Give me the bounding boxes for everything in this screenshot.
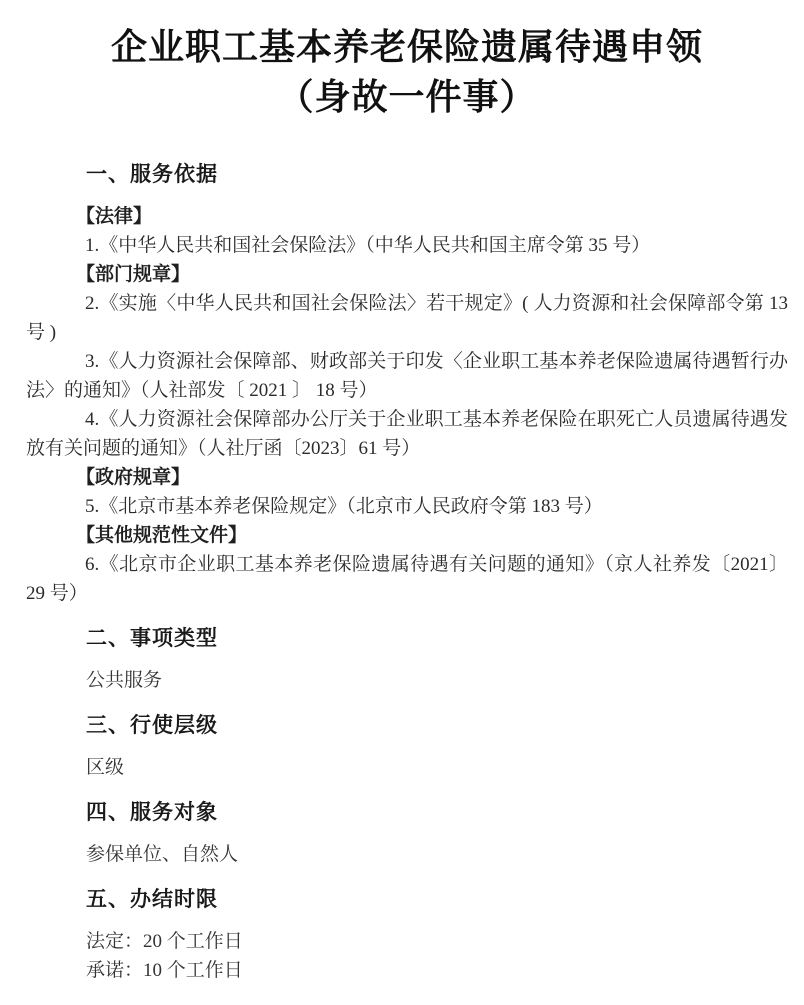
heading-completion-time: 五、办结时限 [86, 887, 788, 913]
legal-item-4: 4.《人力资源社会保障部办公厅关于企业职工基本养老保险在职死亡人员遗属待遇发放有… [26, 405, 788, 463]
section-service-basis: 一、服务依据 【法律】 1.《中华人民共和国社会保险法》（中华人民共和国主席令第… [26, 162, 788, 608]
statutory-time-limit-value: 法定：20 个工作日 [86, 927, 788, 956]
legal-item-3: 3.《人力资源社会保障部、财政部关于印发〈企业职工基本养老保险遗属待遇暂行办法〉… [26, 347, 788, 405]
section-completion-time: 五、办结时限 法定：20 个工作日 承诺：10 个工作日 [26, 887, 788, 985]
heading-service-basis: 一、服务依据 [86, 162, 788, 188]
category-label-department-rules: 【部门规章】 [76, 260, 788, 289]
heading-service-object: 四、服务对象 [86, 800, 788, 826]
promised-time-limit-value: 承诺：10 个工作日 [86, 956, 788, 985]
document-page: { "title": { "line1": "企业职工基本养老保险遗属待遇申领"… [0, 0, 804, 1005]
category-label-other-normative-documents: 【其他规范性文件】 [76, 521, 788, 550]
document-title: 企业职工基本养老保险遗属待遇申领 （身故一件事） [26, 22, 788, 122]
legal-item-1: 1.《中华人民共和国社会保险法》（中华人民共和国主席令第 35 号） [26, 231, 788, 260]
document-title-line2: （身故一件事） [26, 72, 788, 122]
service-object-value: 参保单位、自然人 [86, 840, 788, 869]
legal-item-6: 6.《北京市企业职工基本养老保险遗属待遇有关问题的通知》（京人社养发〔2021〕… [26, 550, 788, 608]
category-label-government-rules: 【政府规章】 [76, 463, 788, 492]
section-service-object: 四、服务对象 参保单位、自然人 [26, 800, 788, 869]
legal-item-2: 2.《实施〈中华人民共和国社会保险法〉若干规定》( 人力资源和社会保障部令第 1… [26, 289, 788, 347]
exercise-level-value: 区级 [86, 753, 788, 782]
category-label-law: 【法律】 [76, 202, 788, 231]
document-title-line1: 企业职工基本养老保险遗属待遇申领 [26, 22, 788, 72]
section-exercise-level: 三、行使层级 区级 [26, 713, 788, 782]
heading-item-type: 二、事项类型 [86, 626, 788, 652]
section-item-type: 二、事项类型 公共服务 [26, 626, 788, 695]
service-basis-body: 【法律】 1.《中华人民共和国社会保险法》（中华人民共和国主席令第 35 号） … [26, 202, 788, 608]
item-type-value: 公共服务 [86, 666, 788, 695]
legal-item-5: 5.《北京市基本养老保险规定》（北京市人民政府令第 183 号） [26, 492, 788, 521]
heading-exercise-level: 三、行使层级 [86, 713, 788, 739]
